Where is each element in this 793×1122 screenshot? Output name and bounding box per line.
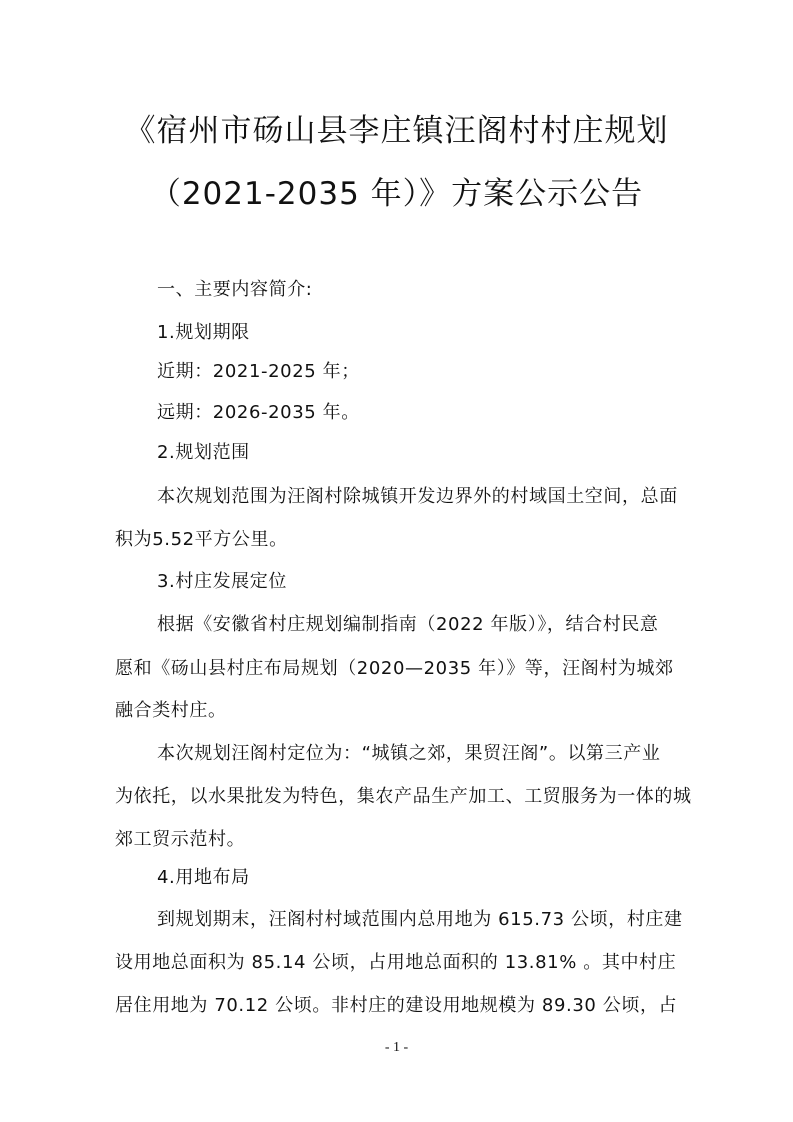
scope-paragraph-line: 本次规划范围为汪阁村除城镇开发边界外的村域国土空间，总面 xyxy=(157,482,678,508)
title-line-2: （2021-2035 年）》方案公示公告 xyxy=(0,168,793,213)
landuse-paragraph-line: 设用地总面积为 85.14 公顷，占用地总面积的 13.81% 。其中村庄 xyxy=(115,948,676,974)
positioning-heading: 3.村庄发展定位 xyxy=(157,567,287,593)
positioning-paragraph-line: 本次规划汪阁村定位为：“城镇之郊，果贸汪阁”。以第三产业 xyxy=(157,739,660,765)
document-page: 《宿州市砀山县李庄镇汪阁村村庄规划 （2021-2035 年）》方案公示公告 一… xyxy=(0,0,793,1122)
period-heading: 1.规划期限 xyxy=(157,318,250,344)
page-number: - 1 - xyxy=(0,1040,793,1056)
landuse-heading: 4.用地布局 xyxy=(157,863,250,889)
landuse-paragraph-line: 居住用地为 70.12 公顷。非村庄的建设用地规模为 89.30 公顷，占 xyxy=(115,991,677,1017)
scope-heading: 2.规划范围 xyxy=(157,438,250,464)
near-term-period: 近期：2021-2025 年； xyxy=(157,357,360,383)
positioning-paragraph-line: 郊工贸示范村。 xyxy=(115,825,245,851)
positioning-paragraph-line: 根据《安徽省村庄规划编制指南（2022 年版）》，结合村民意 xyxy=(157,610,659,636)
positioning-paragraph-line: 愿和《砀山县村庄布局规划（2020—2035 年）》等，汪阁村为城郊 xyxy=(115,654,674,680)
landuse-paragraph-line: 到规划期末，汪阁村村域范围内总用地为 615.73 公顷，村庄建 xyxy=(157,905,683,931)
positioning-paragraph-line: 融合类村庄。 xyxy=(115,696,227,722)
positioning-paragraph-line: 为依托，以水果批发为特色，集农产品生产加工、工贸服务为一体的城 xyxy=(115,782,692,808)
title-line-1: 《宿州市砀山县李庄镇汪阁村村庄规划 xyxy=(0,105,793,150)
section-heading: 一、主要内容简介: xyxy=(157,275,312,301)
far-term-period: 远期：2026-2035 年。 xyxy=(157,398,360,424)
scope-paragraph-line: 积为5.52平方公里。 xyxy=(115,525,288,551)
